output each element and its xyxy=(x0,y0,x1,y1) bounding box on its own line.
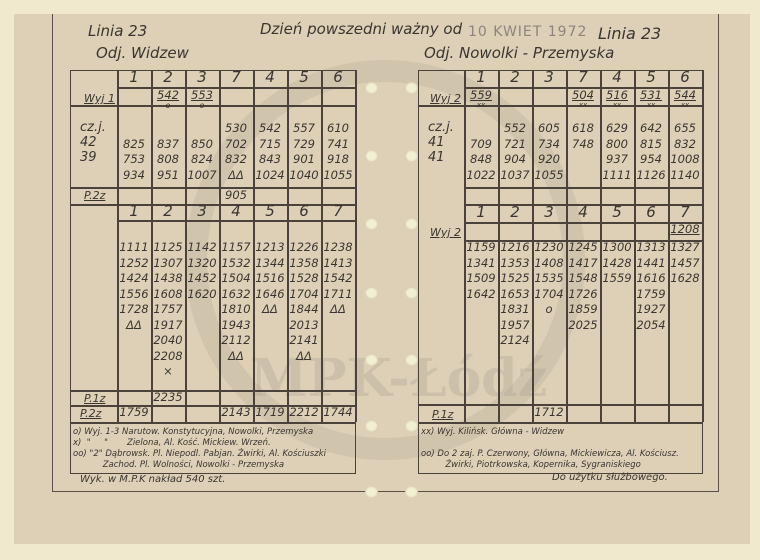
left_table-morning-times: 530 702 832 ΔΔ xyxy=(219,121,253,183)
left_table-morning-times: 610 741 918 1055 xyxy=(321,121,355,183)
left_table-morning-times: 850 824 1007 xyxy=(185,121,219,183)
left_table-afternoon-col-header: 3 xyxy=(185,202,219,220)
left_table-p2z-time: 1719 xyxy=(253,405,287,421)
right-p1z-label: P.1z xyxy=(432,408,453,421)
left_table-afternoon-col-header: 7 xyxy=(321,202,355,220)
right_table-morning-times: 642 815 954 1126 xyxy=(634,121,668,183)
left_table-afternoon-times: 1142 1320 1452 1620 xyxy=(185,240,219,302)
right_table-col-line xyxy=(702,70,704,422)
right_table-wyj-mark: xx xyxy=(634,98,668,114)
left_table-afternoon-col-header: 2 xyxy=(151,202,185,220)
left-footer: Wyk. w M.P.K nakład 540 szt. xyxy=(80,474,225,485)
binder-hole xyxy=(405,287,418,299)
binder-hole xyxy=(365,420,378,432)
left_table-morning-col-header: 6 xyxy=(321,68,355,86)
left-direction-title: Odj. Widzew xyxy=(96,44,189,62)
right_table-morning-times: 552 721 904 1037 xyxy=(498,121,532,183)
right-wyj2-label: Wyj 2 xyxy=(430,226,461,239)
right-footer: Do użytku służbowego. xyxy=(552,472,668,483)
left_table-afternoon-times: 1226 1358 1528 1704 1844 2013 2141 ΔΔ xyxy=(287,240,321,364)
binder-hole xyxy=(365,354,378,366)
left_table-morning-col-header: 4 xyxy=(253,68,287,86)
left_table-afternoon-col-header: 4 xyxy=(219,202,253,220)
right_table-morning-col-header: 1 xyxy=(464,68,498,86)
left-notes: o) Wyj. 1-3 Narutow. Konstytucyjna, Nowo… xyxy=(73,427,326,471)
right_table-morning-times: 655 832 1008 1140 xyxy=(668,121,702,183)
right_table-afternoon-col-header: 6 xyxy=(634,203,668,221)
left_table-morning-col-header: 1 xyxy=(117,68,151,86)
left_table-morning-col-header: 3 xyxy=(185,68,219,86)
frame-bottom-border xyxy=(52,491,719,492)
right_table-afternoon-col-header: 3 xyxy=(532,203,566,221)
left_table-afternoon-times: 1213 1344 1516 1646 ΔΔ xyxy=(253,240,287,318)
right_table-afternoon-times: 1313 1441 1616 1759 1927 2054 xyxy=(634,240,668,333)
left_table-p2z-time: 1759 xyxy=(117,405,151,421)
left_table-morning-times: 825 753 934 xyxy=(117,121,151,183)
left_table-afternoon-times: 1157 1532 1504 1632 1810 1943 2112 ΔΔ xyxy=(219,240,253,364)
binder-hole xyxy=(365,486,378,498)
binder-hole xyxy=(405,218,418,230)
binder-hole xyxy=(405,420,418,432)
binder-hole xyxy=(365,287,378,299)
binder-hole xyxy=(405,82,418,94)
right-direction-title: Odj. Nowolki - Przemyska xyxy=(424,44,614,62)
binder-hole xyxy=(365,82,378,94)
binder-hole xyxy=(405,354,418,366)
right_table-morning-times: 629 800 937 1111 xyxy=(600,121,634,183)
right_table-wyj2-time: 1208 xyxy=(668,222,702,238)
right-morning-side-label: cz.j. 41 41 xyxy=(428,120,454,165)
right_table-afternoon-times: 1230 1408 1535 1704 o xyxy=(532,240,566,318)
binder-hole xyxy=(365,150,378,162)
left_table-afternoon-col-header: 1 xyxy=(117,202,151,220)
left_table-wyj-mark: o xyxy=(151,98,185,114)
right_table-afternoon-times: 1216 1353 1525 1653 1831 1957 2124 xyxy=(498,240,532,349)
left_table-afternoon-col-header: 6 xyxy=(287,202,321,220)
left_table-morning-col-header: 5 xyxy=(287,68,321,86)
left_table-morning-col-header: 2 xyxy=(151,68,185,86)
right_table-row-line xyxy=(464,187,702,189)
validity-heading: Dzień powszedni ważny od xyxy=(260,20,462,38)
right_table-morning-col-header: 5 xyxy=(634,68,668,86)
right_table-morning-col-header: 2 xyxy=(498,68,532,86)
right_table-afternoon-col-header: 1 xyxy=(464,203,498,221)
right_table-morning-col-header: 7 xyxy=(566,68,600,86)
right_table-afternoon-col-header: 5 xyxy=(600,203,634,221)
left-p2z-label: P.2z xyxy=(80,407,101,420)
right_table-morning-col-header: 6 xyxy=(668,68,702,86)
frame-left-border xyxy=(52,14,53,492)
right_table-wyj-mark: xx xyxy=(464,98,498,114)
date-stamp: 10 KWIET 1972 xyxy=(468,24,587,40)
right-notes: xx) Wyj. Kilińsk. Główna - Widzew oo) Do… xyxy=(421,427,679,471)
right_table-afternoon-times: 1300 1428 1559 xyxy=(600,240,634,287)
left-line-title: Linia 23 xyxy=(88,22,147,40)
left-p1z-label: P.1z xyxy=(84,392,105,405)
left_table-row-line xyxy=(70,187,355,189)
right_table-wyj-mark: xx xyxy=(566,98,600,114)
left_table-p2z-time: 2212 xyxy=(287,405,321,421)
right-wyj-label: Wyj 2 xyxy=(430,92,461,105)
right_table-morning-times: 709 848 1022 xyxy=(464,121,498,183)
left_table-p2z-time: 2143 xyxy=(219,405,253,421)
left_table-p1z-time: 2235 xyxy=(151,390,185,406)
left_table-afternoon-times: 1238 1413 1542 1711 ΔΔ xyxy=(321,240,355,318)
right_table-morning-times: 618 748 xyxy=(566,121,600,152)
frame-right-border xyxy=(718,14,719,492)
right_table-afternoon-times: 1327 1457 1628 xyxy=(668,240,702,287)
left_table-afternoon-col-header: 5 xyxy=(253,202,287,220)
left_table-morning-col-header: 7 xyxy=(219,68,253,86)
right_table-afternoon-times: 1245 1417 1548 1726 1859 2025 xyxy=(566,240,600,333)
right_table-wyj-mark: xx xyxy=(668,98,702,114)
left_table-p2z-time: 1744 xyxy=(321,405,355,421)
right_table-row-line xyxy=(464,222,702,224)
left_table-col-line xyxy=(355,70,357,422)
left_table-afternoon-times: 1111 1252 1424 1556 1728 ΔΔ xyxy=(117,240,151,333)
left_table-afternoon-times: 1125 1307 1438 1608 1757 1917 2040 2208 … xyxy=(151,240,185,380)
right_table-morning-col-header: 4 xyxy=(600,68,634,86)
left-wyj-label: Wyj 1 xyxy=(84,92,115,105)
binder-hole xyxy=(365,218,378,230)
right_table-afternoon-col-header: 7 xyxy=(668,203,702,221)
right_table-afternoon-times: 1159 1341 1509 1642 xyxy=(464,240,498,302)
right_table-morning-times: 605 734 920 1055 xyxy=(532,121,566,183)
left_table-morning-times: 542 715 843 1024 xyxy=(253,121,287,183)
binder-hole xyxy=(405,486,418,498)
right_table-wyj-mark: xx xyxy=(600,98,634,114)
left_table-wyj-mark: o xyxy=(185,98,219,114)
left-morning-side-label: cz.j. 42 39 xyxy=(80,120,106,165)
left_table-row-line xyxy=(70,390,355,392)
right_table-p1z-time: 1712 xyxy=(532,405,566,421)
binder-hole xyxy=(405,150,418,162)
left_table-row-line xyxy=(117,220,355,222)
right_table-afternoon-col-header: 2 xyxy=(498,203,532,221)
left-pz-label: P.2z xyxy=(84,189,105,202)
right-line-title: Linia 23 xyxy=(598,24,661,43)
right_table-afternoon-col-header: 4 xyxy=(566,203,600,221)
left_table-morning-times: 837 808 951 xyxy=(151,121,185,183)
right_table-morning-col-header: 3 xyxy=(532,68,566,86)
left_table-morning-times: 557 729 901 1040 xyxy=(287,121,321,183)
